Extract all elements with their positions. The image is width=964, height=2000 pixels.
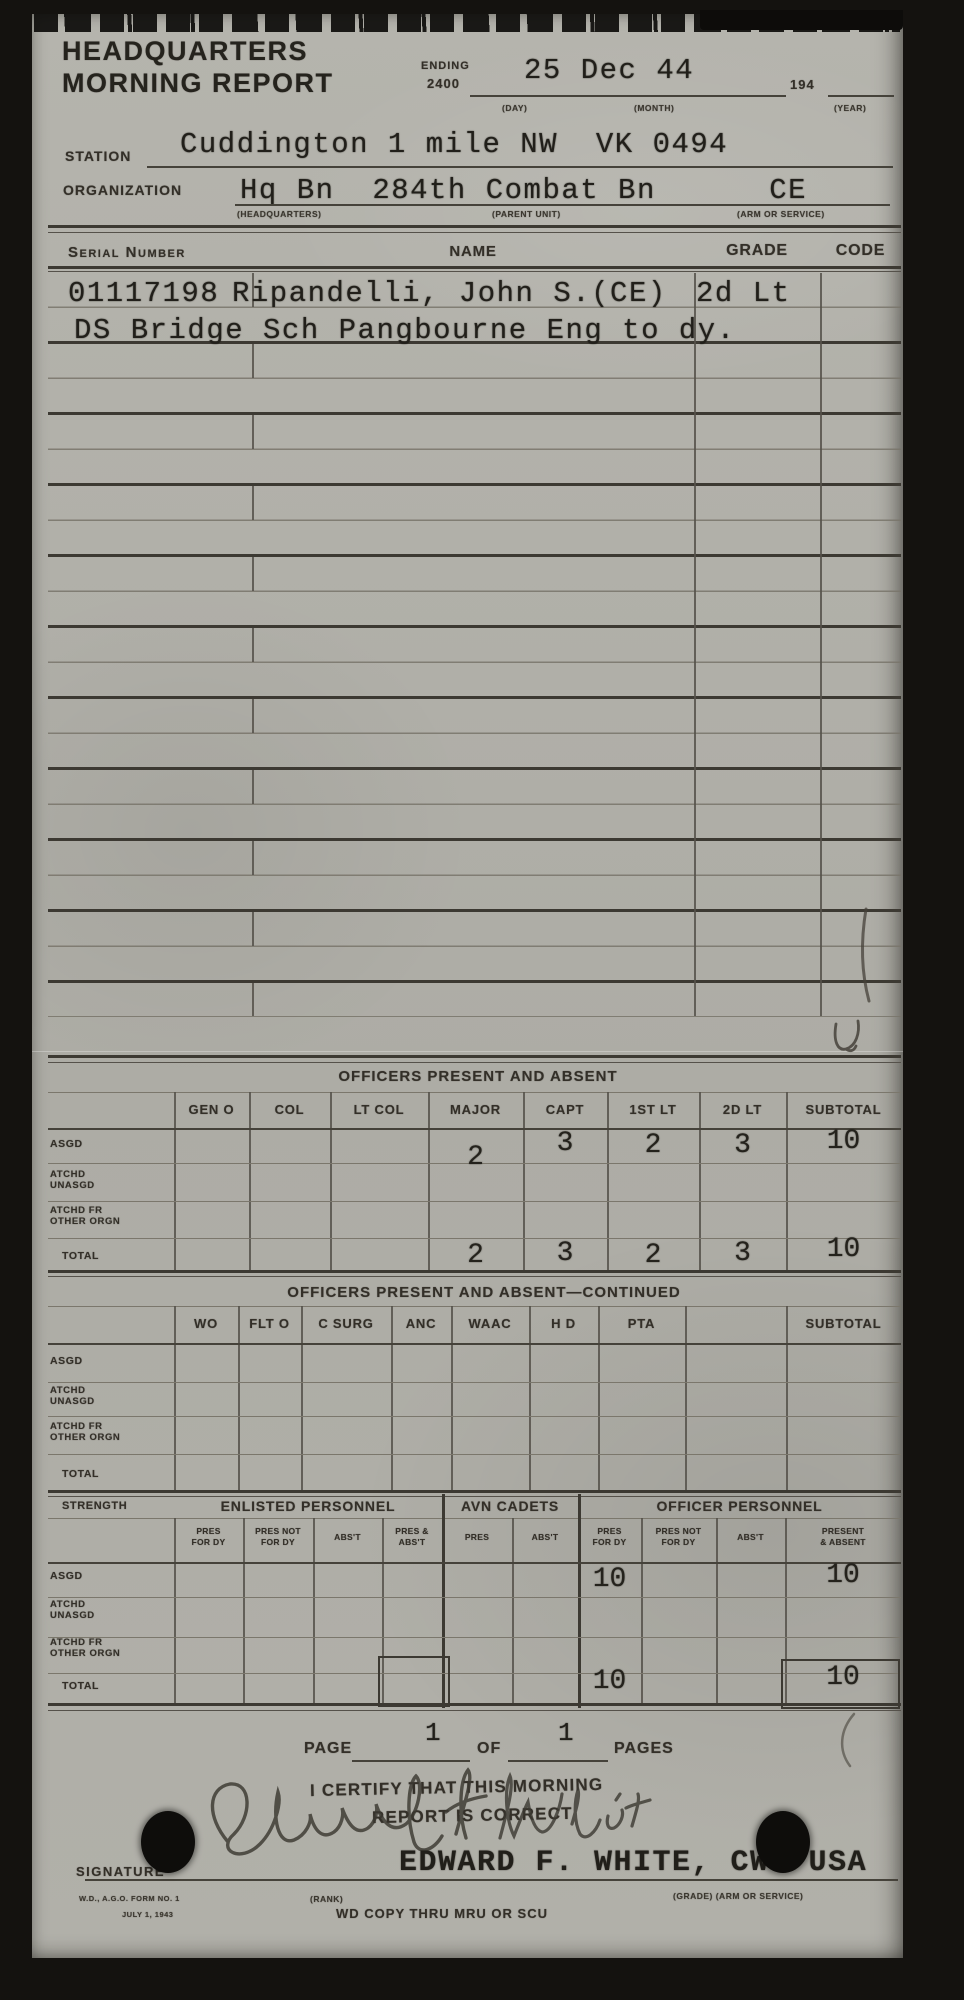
col-divider (598, 1306, 600, 1491)
subcol-enl-pres-not: PRES NOT FOR DY (243, 1526, 313, 1548)
row-label-asgd-2: ASGD (50, 1355, 83, 1367)
day-label: (DAY) (502, 103, 527, 113)
officers-continued-title: OFFICERS PRESENT AND ABSENT—CONTINUED (204, 1284, 764, 1301)
col-subtotal-2: SUBTOTAL (786, 1316, 901, 1331)
col-flt-o: FLT O (238, 1316, 301, 1331)
col-divider (716, 1518, 718, 1703)
row-label-atchd-unasgd-2: ATCHD UNASGD (50, 1386, 95, 1408)
section-rule (48, 225, 901, 228)
total-2d-lt-count: 3 (699, 1238, 786, 1269)
col-1st-lt: 1ST LT (607, 1102, 699, 1117)
section-rule (48, 232, 901, 233)
col-divider (301, 1306, 303, 1491)
col-divider (529, 1306, 531, 1491)
rule (48, 1092, 901, 1093)
rule (48, 1518, 901, 1519)
roster-serial-divider (252, 273, 254, 1016)
roster-ruled-rows (48, 273, 901, 983)
signature-rule (85, 1879, 898, 1881)
col-divider (174, 1306, 176, 1491)
hole-punch-right (756, 1811, 810, 1873)
strength-bottom-rule (48, 1703, 901, 1706)
strength-bottom-rule (48, 1710, 901, 1711)
station-value: Cuddington 1 mile NW VK 0494 (180, 128, 728, 161)
row-label-atchd-unasgd-3: ATCHD UNASGD (50, 1600, 95, 1622)
rule (48, 1382, 901, 1383)
col-anc: ANC (391, 1316, 451, 1331)
date-underline (470, 95, 786, 97)
subcol-avn-abst: ABS'T (512, 1532, 578, 1543)
total-present-absent-box (781, 1659, 900, 1709)
hole-punch-left (141, 1811, 195, 1873)
total-subtotal-count: 10 (786, 1234, 901, 1265)
report-title-line2: MORNING REPORT (62, 68, 334, 99)
rule (48, 1562, 901, 1564)
roster-code-divider (820, 273, 822, 1016)
entry-remarks: DS Bridge Sch Pangbourne Eng to dy. (74, 314, 736, 347)
ending-label: ENDING (421, 60, 470, 72)
station-underline (147, 166, 893, 168)
row-label-atchd-fr: ATCHD FR OTHER ORGN (50, 1206, 120, 1228)
rule (48, 1306, 901, 1307)
asgd-off-present-absent-count: 10 (785, 1560, 901, 1591)
col-capt: CAPT (523, 1102, 607, 1117)
officers2-bottom-rule (48, 1490, 901, 1493)
rule (48, 1637, 901, 1638)
row-label-atchd-fr-2: ATCHD FR OTHER ORGN (50, 1422, 120, 1444)
rule (48, 1416, 901, 1417)
subcol-enl-pres-abst: PRES & ABS'T (382, 1526, 442, 1548)
rank-sublabel: (RANK) (310, 1894, 343, 1904)
row-label-asgd-3: ASGD (50, 1570, 83, 1582)
officers-bottom-rule (48, 1276, 901, 1277)
entry-name: Ripandelli, John S.(CE) (232, 277, 667, 310)
rule (48, 1597, 901, 1598)
subcol-off-present-absent: PRESENT & ABSENT (785, 1526, 901, 1548)
asgd-1st-lt-count: 2 (607, 1130, 699, 1161)
total-major-count: 2 (428, 1240, 523, 1271)
group-enlisted: ENLISTED PERSONNEL (174, 1498, 442, 1514)
rule (48, 1343, 901, 1345)
serial-number-header: Serial Number (68, 244, 186, 261)
col-divider (313, 1518, 315, 1703)
col-subtotal: SUBTOTAL (786, 1102, 901, 1117)
arm-service-sublabel: (ARM OR SERVICE) (737, 209, 825, 219)
col-divider (330, 1092, 332, 1270)
copy-note: WD COPY THRU MRU OR SCU (336, 1906, 548, 1921)
officers2-bottom-rule (48, 1496, 901, 1497)
organization-underline (235, 204, 890, 206)
form-number-line2: JULY 1, 1943 (122, 1910, 173, 1919)
col-divider (249, 1092, 251, 1270)
pen-check-mark (830, 1018, 864, 1058)
col-c-surg: C SURG (301, 1316, 391, 1331)
row-label-total-2: TOTAL (62, 1468, 99, 1480)
strength-corner-label: STRENGTH (62, 1500, 127, 1513)
col-gen-o: GEN O (174, 1102, 249, 1117)
station-label: STATION (65, 148, 131, 164)
col-major: MAJOR (428, 1102, 523, 1117)
asgd-2d-lt-count: 3 (699, 1130, 786, 1161)
rule (48, 1673, 901, 1674)
grade-service-sublabel: (GRADE) (ARM OR SERVICE) (673, 1891, 803, 1901)
group-avn-cadets: AVN CADETS (442, 1498, 578, 1514)
organization-label: ORGANIZATION (63, 182, 182, 198)
col-divider (685, 1306, 687, 1491)
form-number-line1: W.D., A.G.O. FORM NO. 1 (79, 1894, 180, 1903)
subcol-off-pres-for-dy: PRES FOR DY (578, 1526, 641, 1548)
report-title-line1: HEADQUARTERS (62, 36, 308, 67)
year-label: (YEAR) (834, 103, 866, 113)
subcol-enl-pres-for-dy: PRES FOR DY (174, 1526, 243, 1548)
entry-serial: 01117198 (68, 277, 219, 310)
grade-header: GRADE (694, 242, 820, 260)
asgd-off-pres-count: 10 (578, 1564, 641, 1595)
ending-value: 2400 (427, 76, 460, 91)
rule (48, 1454, 901, 1455)
total-pres-abst-box (378, 1656, 450, 1707)
col-pta: PTA (598, 1316, 685, 1331)
year-underline (828, 95, 894, 97)
pen-stroke-mark (852, 905, 876, 1005)
asgd-capt-count: 3 (523, 1128, 607, 1159)
organization-value: Hq Bn 284th Combat Bn CE (240, 174, 807, 207)
form-content: HEADQUARTERS MORNING REPORT ENDING 2400 … (0, 0, 964, 2000)
col-h-d: H D (529, 1316, 598, 1331)
subcol-off-abst: ABS'T (716, 1532, 785, 1543)
roster-last-half-row (48, 983, 901, 1017)
asgd-major-count: 2 (428, 1142, 523, 1173)
year-prefix: 194 (790, 77, 815, 92)
pen-arc-mark (836, 1712, 858, 1770)
subcol-off-pres-not: PRES NOT FOR DY (641, 1526, 716, 1548)
subcol-enl-abst: ABS'T (313, 1532, 382, 1543)
group-officer: OFFICER PERSONNEL (578, 1498, 901, 1514)
col-divider (451, 1306, 453, 1491)
officers-section-rule (48, 1062, 901, 1063)
headquarters-sublabel: (HEADQUARTERS) (237, 209, 321, 219)
col-col: COL (249, 1102, 330, 1117)
row-label-atchd-unasgd: ATCHD UNASGD (50, 1170, 95, 1192)
report-date-value: 25 Dec 44 (524, 54, 694, 87)
col-divider (786, 1306, 788, 1491)
col-lt-col: LT COL (330, 1102, 428, 1117)
subcol-avn-pres: PRES (442, 1532, 512, 1543)
asgd-subtotal-count: 10 (786, 1126, 901, 1157)
col-waac: WAAC (451, 1316, 529, 1331)
col-wo: WO (174, 1316, 238, 1331)
col-divider (391, 1306, 393, 1491)
col-divider (238, 1306, 240, 1491)
officers-table-title: OFFICERS PRESENT AND ABSENT (248, 1068, 708, 1085)
row-label-total: TOTAL (62, 1250, 99, 1262)
row-label-atchd-fr-3: ATCHD FR OTHER ORGN (50, 1638, 120, 1660)
roster-header-rule (48, 271, 901, 272)
col-divider (512, 1518, 514, 1703)
roster-header-rule (48, 266, 901, 269)
scanned-morning-report: HEADQUARTERS MORNING REPORT ENDING 2400 … (0, 0, 964, 2000)
name-header: NAME (252, 243, 694, 260)
row-label-asgd: ASGD (50, 1138, 83, 1150)
month-label: (MONTH) (634, 103, 674, 113)
officers-section-rule (48, 1055, 901, 1058)
total-off-pres-count: 10 (578, 1666, 641, 1697)
row-label-total-3: TOTAL (62, 1680, 99, 1692)
col-2d-lt: 2D LT (699, 1102, 786, 1117)
col-divider (174, 1092, 176, 1270)
code-header: CODE (820, 242, 901, 260)
roster-grade-divider (694, 273, 696, 1016)
total-capt-count: 3 (523, 1238, 607, 1269)
total-1st-lt-count: 2 (607, 1240, 699, 1271)
entry-grade: 2d Lt (696, 277, 791, 310)
parent-unit-sublabel: (PARENT UNIT) (492, 209, 561, 219)
rule (48, 1201, 901, 1202)
